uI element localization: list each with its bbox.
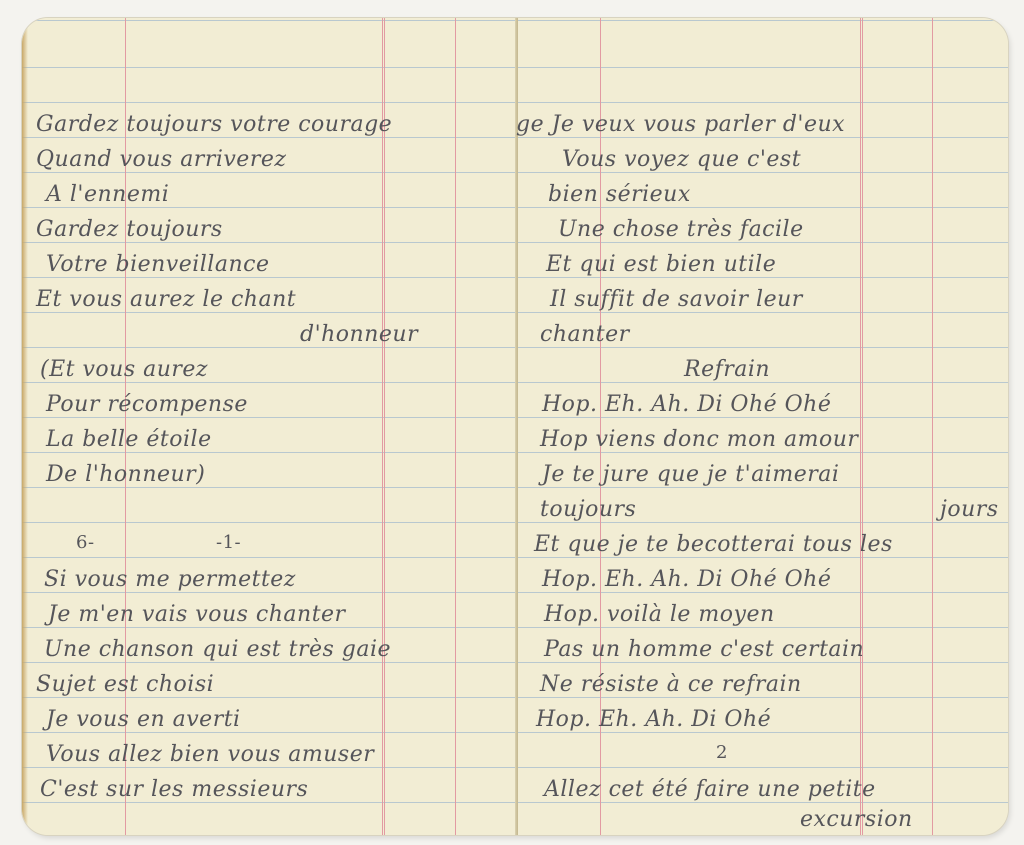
handwritten-line: De l'honneur) bbox=[46, 462, 205, 488]
handwritten-line: Et vous aurez le chant bbox=[36, 287, 296, 313]
handwritten-line: Si vous me permettez bbox=[44, 567, 296, 593]
handwritten-line: Quand vous arriverez bbox=[36, 147, 286, 173]
handwritten-line: Vous allez bien vous amuser bbox=[46, 742, 374, 768]
handwritten-line: Sujet est choisi bbox=[36, 672, 214, 698]
handwritten-line: chanter bbox=[540, 322, 630, 348]
handwritten-line: Hop. Eh. Ah. Di Ohé Ohé bbox=[542, 392, 831, 418]
margin-line bbox=[862, 18, 863, 835]
handwritten-line: C'est sur les messieurs bbox=[40, 777, 308, 803]
handwritten-line: Et que je te becotterai tous les bbox=[534, 532, 893, 558]
margin-line bbox=[455, 18, 456, 835]
handwritten-line: Pas un homme c'est certain bbox=[544, 637, 864, 663]
handwritten-line: toujours bbox=[540, 497, 636, 523]
handwritten-line: Votre bienveillance bbox=[46, 252, 269, 278]
handwritten-line: Vous voyez que c'est bbox=[562, 147, 801, 173]
handwritten-line: Une chanson qui est très gaie bbox=[44, 637, 391, 663]
refrain-heading: Refrain bbox=[684, 357, 770, 383]
verse-number-marker: 2 bbox=[716, 740, 728, 766]
handwritten-line: A l'ennemi bbox=[46, 182, 169, 208]
handwritten-line: Hop viens donc mon amour bbox=[540, 427, 858, 453]
handwritten-line: Hop. Eh. Ah. Di Ohé bbox=[536, 707, 771, 733]
handwritten-line: Gardez toujours votre courage bbox=[36, 112, 392, 138]
margin-line bbox=[860, 18, 861, 835]
page-number-marker: -1- bbox=[216, 530, 241, 556]
handwritten-line: bien sérieux bbox=[548, 182, 691, 208]
handwritten-line: (Et vous aurez bbox=[40, 357, 208, 383]
handwritten-line: Je te jure que je t'aimerai bbox=[542, 462, 839, 488]
handwritten-line: Et qui est bien utile bbox=[546, 252, 776, 278]
handwritten-line: Je m'en vais vous chanter bbox=[48, 602, 346, 628]
handwritten-line: Gardez toujours bbox=[36, 217, 223, 243]
handwritten-line: jours bbox=[940, 497, 999, 523]
handwritten-line: Hop. Eh. Ah. Di Ohé Ohé bbox=[542, 567, 831, 593]
handwritten-line: Une chose très facile bbox=[558, 217, 804, 243]
margin-line bbox=[384, 18, 385, 835]
margin-line bbox=[382, 18, 383, 835]
handwritten-line: Il suffit de savoir leur bbox=[550, 287, 803, 313]
handwritten-line: Ne résiste à ce refrain bbox=[540, 672, 802, 698]
handwritten-line: ge Je veux vous parler d'eux bbox=[516, 112, 845, 138]
handwritten-line: La belle étoile bbox=[46, 427, 212, 453]
handwritten-line: Allez cet été faire une petite bbox=[544, 777, 876, 803]
handwritten-line: excursion bbox=[800, 807, 913, 833]
handwritten-line: Hop. voilà le moyen bbox=[544, 602, 775, 628]
margin-line bbox=[932, 18, 933, 835]
handwritten-line: d'honneur bbox=[300, 322, 418, 348]
verse-number-marker: 6- bbox=[76, 530, 95, 556]
handwritten-line: Je vous en averti bbox=[46, 707, 241, 733]
handwritten-line: Pour récompense bbox=[46, 392, 248, 418]
